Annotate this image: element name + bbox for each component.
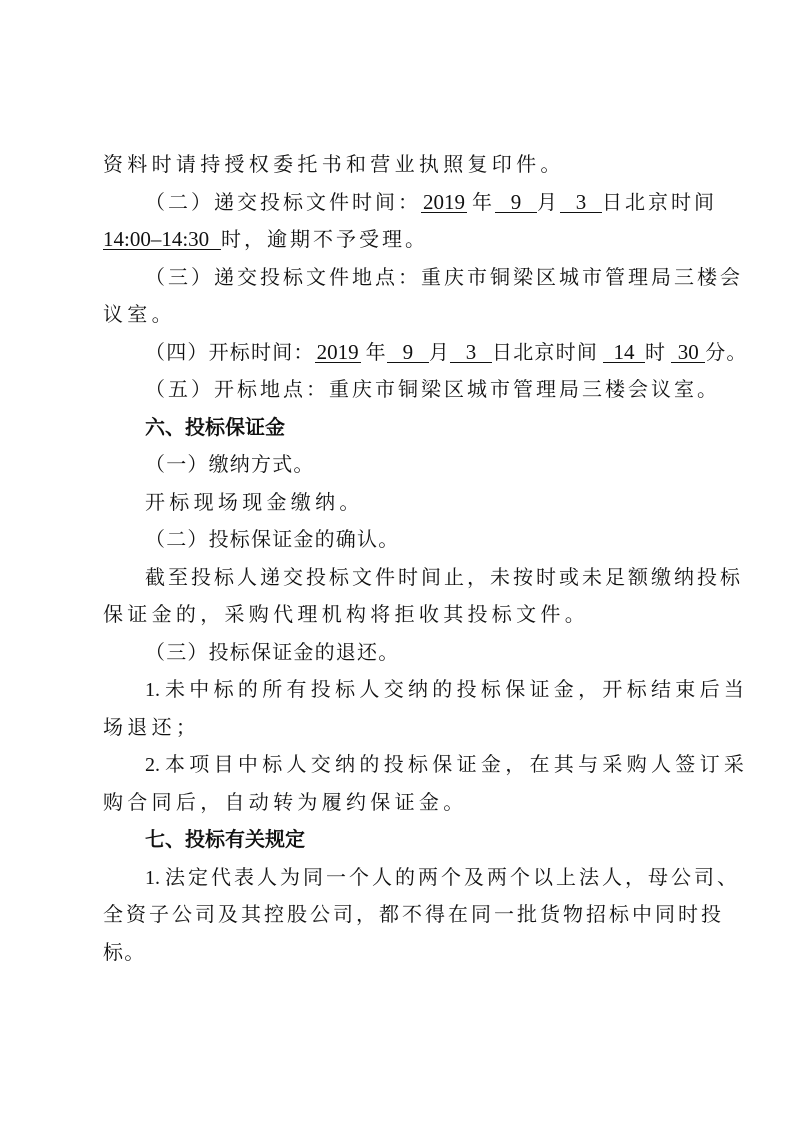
document-page: 资料时请持授权委托书和营业执照复印件。 （二）递交投标文件时间：2019年9月3… <box>103 146 699 971</box>
text: 保证金的，采购代理机构将拒收其投标文件。 <box>103 602 589 626</box>
list-item-line: 1.法定代表人为同一个人的两个及两个以上法人，母公司、 <box>103 859 699 897</box>
text: 法定代表人为同一个人的两个及两个以上法人，母公司、 <box>165 865 740 889</box>
paragraph-line: 截至投标人递交投标文件时间止，未按时或未足额缴纳投标 <box>103 559 699 597</box>
text: 场退还； <box>103 715 200 739</box>
paragraph-line: 全资子公司及其控股公司，都不得在同一批货物招标中同时投 <box>103 896 699 934</box>
heading-text: 六、投标保证金 <box>145 415 285 439</box>
text: （四）开标时间： <box>145 340 315 364</box>
text: 时，逾期不予受理。 <box>221 227 428 251</box>
list-item-line: 1.未中标的所有投标人交纳的投标保证金，开标结束后当 <box>103 671 699 709</box>
text: 本项目中标人交纳的投标保证金，在其与采购人签订采 <box>165 752 748 776</box>
text: （二）递交投标文件时间： <box>145 190 421 214</box>
paragraph-line: 保证金的，采购代理机构将拒收其投标文件。 <box>103 596 699 634</box>
text: 标。 <box>103 940 145 964</box>
opening-day-field: 3 <box>450 342 492 363</box>
submission-month-field: 9 <box>495 192 537 213</box>
text: 购合同后，自动转为履约保证金。 <box>103 790 468 814</box>
text: 日北京时间 <box>602 190 717 214</box>
paragraph-line: 开标现场现金缴纳。 <box>103 484 699 522</box>
opening-hour-field: 14 <box>603 342 645 363</box>
text: 年 <box>366 340 387 364</box>
subheading-line: （二）投标保证金的确认。 <box>103 521 699 559</box>
text: 资料时请持授权委托书和营业执照复印件。 <box>103 152 565 176</box>
opening-year-field: 2019 <box>315 342 361 363</box>
text: 分。 <box>705 340 747 364</box>
paragraph-line: 资料时请持授权委托书和营业执照复印件。 <box>103 146 699 184</box>
text: 年 <box>472 190 495 214</box>
paragraph-line: （三）递交投标文件地点：重庆市铜梁区城市管理局三楼会 <box>103 259 699 297</box>
paragraph-line: （五）开标地点：重庆市铜梁区城市管理局三楼会议室。 <box>103 371 699 409</box>
text: （一）缴纳方式。 <box>145 452 315 476</box>
text: 月 <box>537 190 560 214</box>
text: 议室。 <box>103 302 176 326</box>
text: 全资子公司及其控股公司，都不得在同一批货物招标中同时投 <box>103 902 724 926</box>
list-number: 2. <box>145 754 160 776</box>
list-number: 1. <box>145 679 160 701</box>
subheading-line: （一）缴纳方式。 <box>103 446 699 484</box>
text: 未中标的所有投标人交纳的投标保证金，开标结束后当 <box>165 677 748 701</box>
list-number: 1. <box>145 867 160 889</box>
text: 开标现场现金缴纳。 <box>145 490 364 514</box>
section-heading-bid-bond: 六、投标保证金 <box>103 409 699 447</box>
text: 时 <box>645 340 666 364</box>
submission-time-line: （二）递交投标文件时间：2019年9月3日北京时间 <box>103 184 699 222</box>
submission-day-field: 3 <box>560 192 602 213</box>
submission-time-range-line: 14:00–14:30时，逾期不予受理。 <box>103 221 699 259</box>
submission-year-field: 2019 <box>421 192 467 213</box>
text: 截至投标人递交投标文件时间止，未按时或未足额缴纳投标 <box>145 565 743 589</box>
text: （二）投标保证金的确认。 <box>145 527 399 551</box>
section-heading-bidding-rules: 七、投标有关规定 <box>103 821 699 859</box>
heading-text: 七、投标有关规定 <box>145 827 305 851</box>
text: 日北京时间 <box>492 340 598 364</box>
submission-time-range-field: 14:00–14:30 <box>103 229 221 250</box>
paragraph-line: 购合同后，自动转为履约保证金。 <box>103 784 699 822</box>
opening-minute-field: 30 <box>671 342 705 363</box>
text: 月 <box>429 340 450 364</box>
subheading-line: （三）投标保证金的退还。 <box>103 634 699 672</box>
paragraph-line: 场退还； <box>103 709 699 747</box>
paragraph-line: 标。 <box>103 934 699 972</box>
opening-month-field: 9 <box>387 342 429 363</box>
text: （五）开标地点：重庆市铜梁区城市管理局三楼会议室。 <box>145 377 720 401</box>
paragraph-line: 议室。 <box>103 296 699 334</box>
list-item-line: 2.本项目中标人交纳的投标保证金，在其与采购人签订采 <box>103 746 699 784</box>
text: （三）投标保证金的退还。 <box>145 640 399 664</box>
text: （三）递交投标文件地点：重庆市铜梁区城市管理局三楼会 <box>145 265 743 289</box>
opening-time-line: （四）开标时间：2019年9月3日北京时间14时30分。 <box>103 334 699 372</box>
